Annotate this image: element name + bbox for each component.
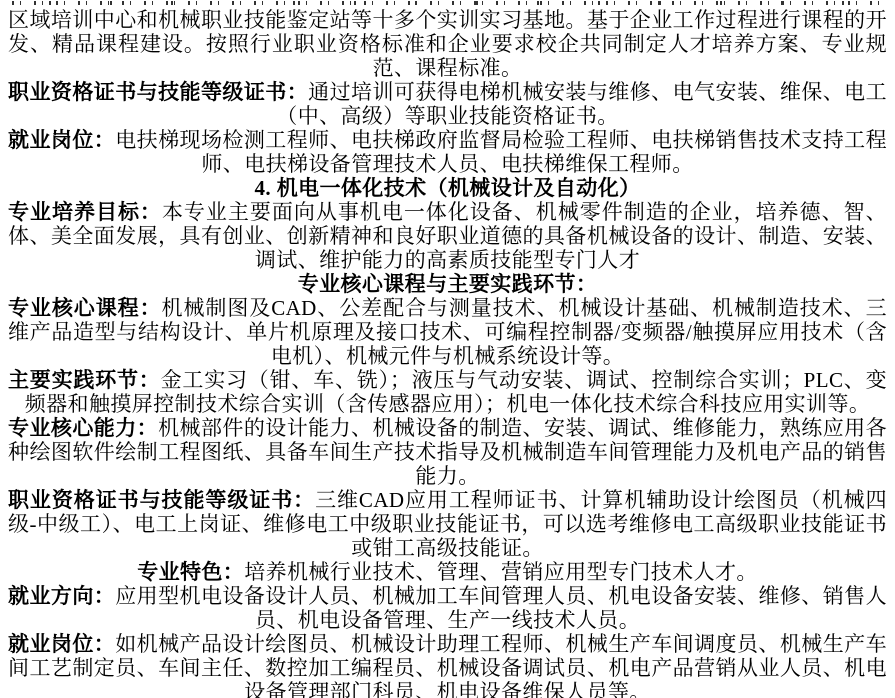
paragraph: 主要实践环节：金工实习（钳、车、铣）；液压与气动安装、调试、控制综合实训；PLC…	[8, 368, 887, 416]
paragraph-text: 电扶梯现场检测工程师、电扶梯政府监督局检验工程师、电扶梯销售技术支持工程师、电扶…	[115, 128, 887, 176]
paragraph: 职业资格证书与技能等级证书：通过培训可获得电梯机械安装与维修、电气安装、维保、电…	[8, 80, 887, 128]
document-body: 区域培训中心和机械职业技能鉴定站等十多个实训实习基地。基于企业工作过程进行课程的…	[8, 8, 887, 698]
paragraph-label: 专业培养目标：	[8, 200, 162, 224]
paragraph: 就业岗位：如机械产品设计绘图员、机械设计助理工程师、机械生产车间调度员、机械生产…	[8, 632, 887, 698]
section-heading-text: 4. 机电一体化技术（机械设计及自动化）	[255, 176, 641, 200]
paragraph: 就业方向：应用型机电设备设计人员、机械加工车间管理人员、机电设备安装、维修、销售…	[8, 584, 887, 632]
paragraph: 就业岗位：电扶梯现场检测工程师、电扶梯政府监督局检验工程师、电扶梯销售技术支持工…	[8, 128, 887, 176]
paragraph-label: 专业特色：	[137, 560, 244, 584]
paragraph: 职业资格证书与技能等级证书：三维CAD应用工程师证书、计算机辅助设计绘图员（机械…	[8, 488, 887, 560]
paragraph-label: 职业资格证书与技能等级证书：	[8, 80, 308, 104]
paragraph-text: 区域培训中心和机械职业技能鉴定站等十多个实训实习基地。基于企业工作过程进行课程的…	[8, 8, 887, 80]
section-heading: 4. 机电一体化技术（机械设计及自动化）	[8, 176, 887, 200]
paragraph-label: 主要实践环节：	[8, 368, 161, 392]
paragraph-label: 就业岗位：	[8, 128, 115, 152]
section-heading-text: 专业核心课程与主要实践环节：	[298, 272, 598, 296]
paragraph-label: 专业核心能力：	[8, 416, 158, 440]
paragraph-text: 通过培训可获得电梯机械安装与维修、电气安装、维保、电工（中、高级）等职业技能资格…	[276, 80, 887, 128]
paragraph-text: 应用型机电设备设计人员、机械加工车间管理人员、机电设备安装、维修、销售人员、机电…	[115, 584, 887, 632]
document-page: 区域培训中心和机械职业技能鉴定站等十多个实训实习基地。基于企业工作过程进行课程的…	[0, 1, 895, 698]
paragraph-label: 就业岗位：	[8, 632, 115, 656]
paragraph: 专业特色：培养机械行业技术、管理、营销应用型专门技术人才。	[8, 560, 887, 584]
paragraph-label: 职业资格证书与技能等级证书：	[8, 488, 315, 512]
paragraph-label: 就业方向：	[8, 584, 115, 608]
clipped-previous-line-fragment	[12, 1, 883, 5]
paragraph-label: 专业核心课程：	[8, 296, 162, 320]
paragraph: 专业培养目标：本专业主要面向从事机电一体化设备、机械零件制造的企业，培养德、智、…	[8, 200, 887, 272]
paragraph: 区域培训中心和机械职业技能鉴定站等十多个实训实习基地。基于企业工作过程进行课程的…	[8, 8, 887, 80]
paragraph-text: 培养机械行业技术、管理、营销应用型专门技术人才。	[244, 560, 758, 584]
paragraph-text: 如机械产品设计绘图员、机械设计助理工程师、机械生产车间调度员、机械生产车间工艺制…	[8, 632, 887, 698]
paragraph: 专业核心能力：机械部件的设计能力、机械设备的制造、安装、调试、维修能力，熟练应用…	[8, 416, 887, 488]
section-heading: 专业核心课程与主要实践环节：	[8, 272, 887, 296]
paragraph: 专业核心课程：机械制图及CAD、公差配合与测量技术、机械设计基础、机械制造技术、…	[8, 296, 887, 368]
